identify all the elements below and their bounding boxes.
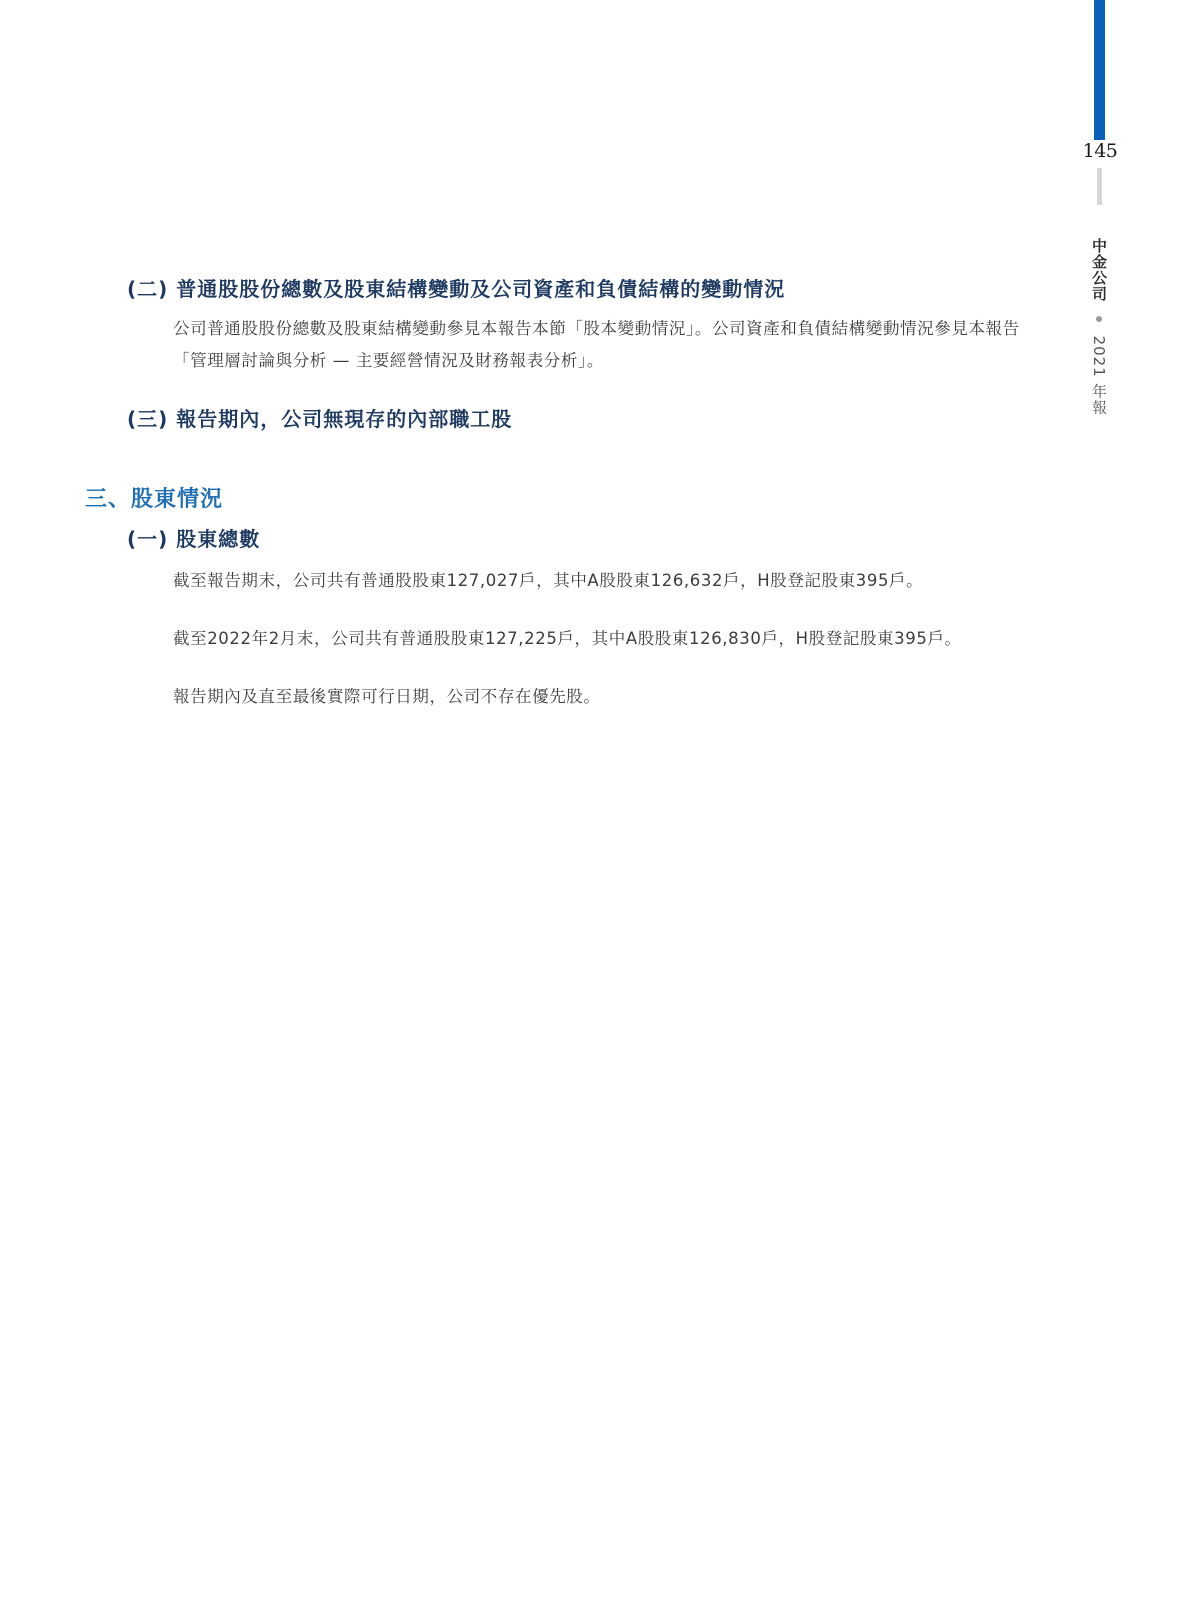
paragraph-shareholders-feb-2022: 截至2022年2月末，公司共有普通股股東127,225戶，其中A股股東126,8… <box>173 623 1053 655</box>
report-year: 2021 年報 <box>1090 336 1108 416</box>
paragraph-preferred-shares: 報告期內及直至最後實際可行日期，公司不存在優先股。 <box>173 681 1053 713</box>
section-heading-shareholders-total: (一) 股東總數 <box>127 523 260 552</box>
section-heading-main3: 三、股東情況 <box>85 482 223 513</box>
side-accent-bar <box>1094 0 1105 140</box>
paragraph-shareholders-period-end: 截至報告期末，公司共有普通股股東127,027戶，其中A股股東126,632戶，… <box>173 565 1053 597</box>
section-heading-sub3: (三) 報告期內，公司無現存的內部職工股 <box>127 403 512 432</box>
section-body-sub2: 公司普通股股份總數及股東結構變動參見本報告本節「股本變動情況」。公司資產和負債結… <box>173 313 1053 377</box>
page-number: 145 <box>1080 140 1120 162</box>
company-name: 中金公司 <box>1090 238 1108 302</box>
section-heading-sub2: (二) 普通股股份總數及股東結構變動及公司資產和負債結構的變動情況 <box>127 273 785 302</box>
side-divider-bar <box>1097 168 1102 205</box>
separator-dot-icon <box>1096 316 1102 322</box>
running-header: 中金公司 2021 年報 <box>1088 238 1110 416</box>
